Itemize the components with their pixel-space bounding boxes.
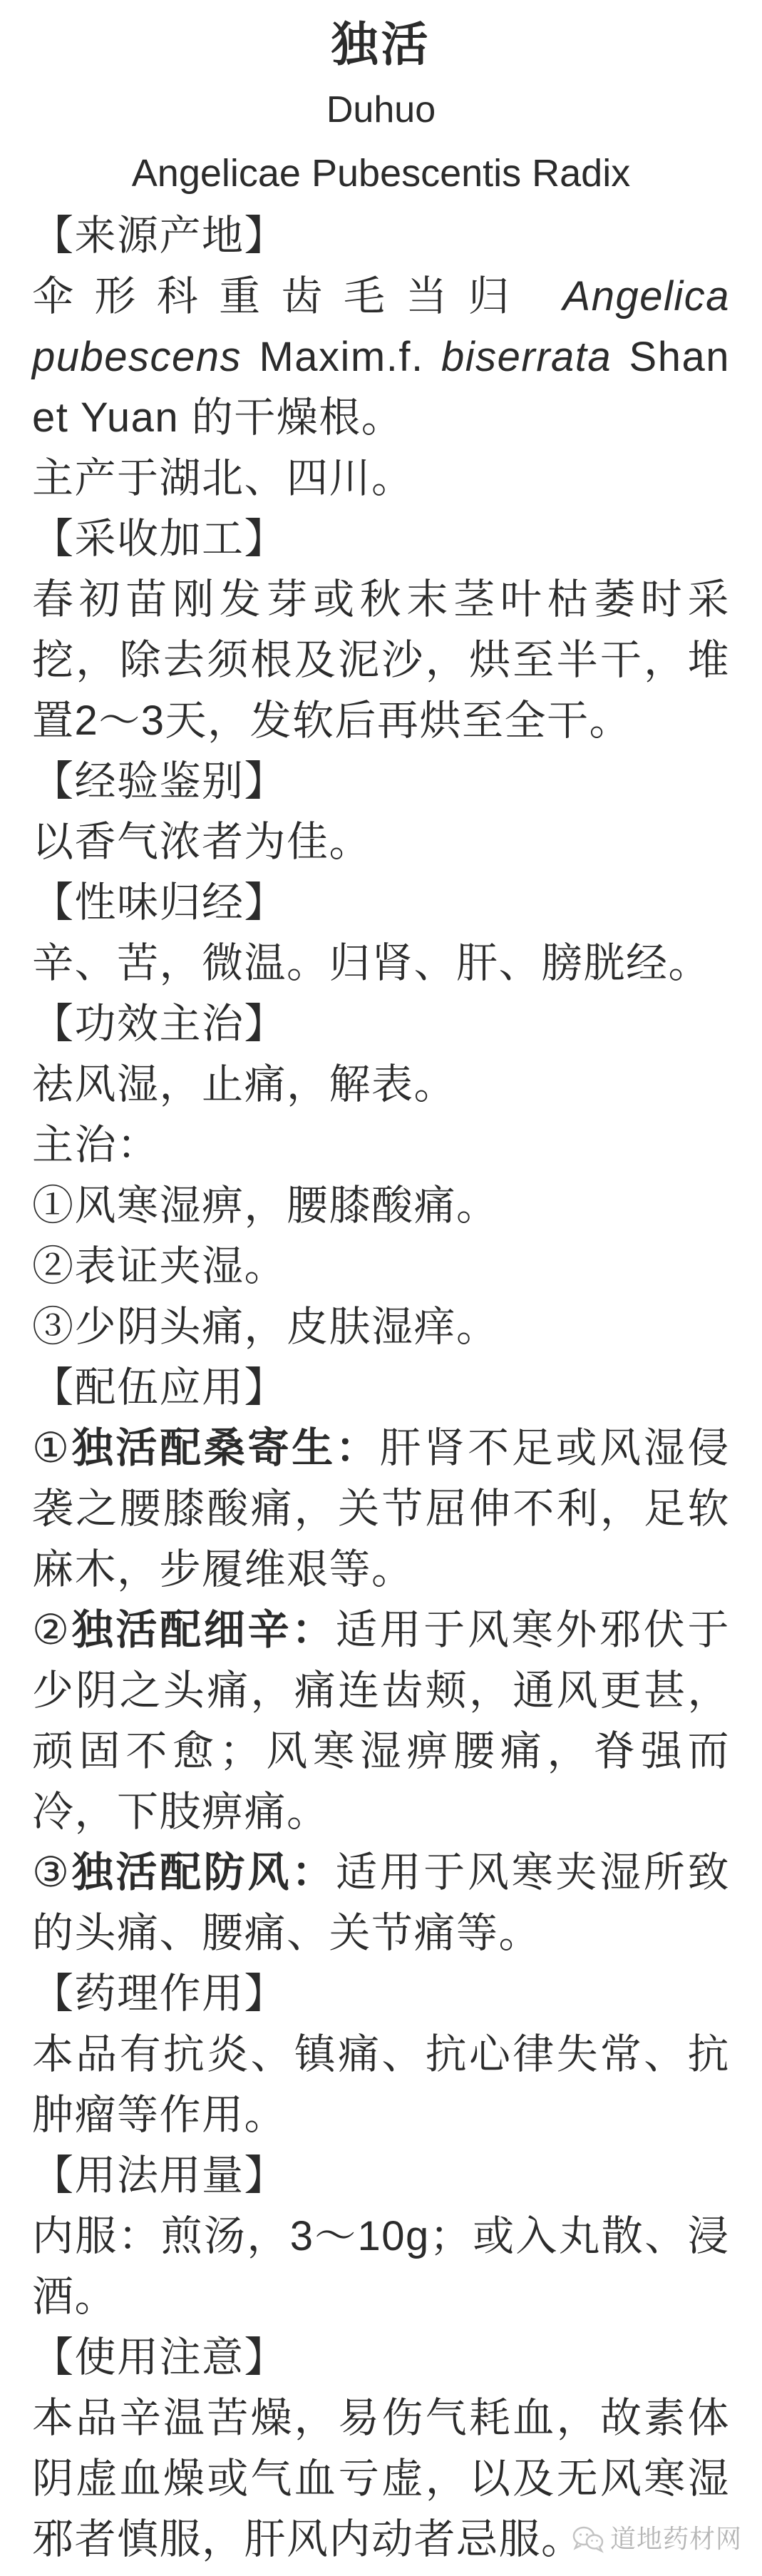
section-header: 【功效主治】 <box>32 993 730 1054</box>
bold-term-run: 独活配细辛： <box>72 1607 336 1653</box>
paragraph: 以香气浓者为佳。 <box>32 812 730 872</box>
section-header: 【用法用量】 <box>32 2145 730 2206</box>
text-run: 伞形科重齿毛当归 <box>32 273 563 320</box>
title-latin: Angelicae Pubescentis Radix <box>0 141 762 205</box>
paragraph: 本品有抗炎、镇痛、抗心律失常、抗肿瘤等作用。 <box>32 2024 730 2145</box>
wechat-bubbles-icon <box>572 2525 604 2553</box>
section-header: 【采收加工】 <box>32 508 730 569</box>
paragraph: 主治： <box>32 1115 730 1175</box>
text-run: Maxim.f. <box>242 334 441 380</box>
paragraph: 伞形科重齿毛当归 Angelica pubescens Maxim.f. bis… <box>32 266 730 448</box>
list-item: ②表证夹湿。 <box>32 1236 730 1297</box>
text-run: ① <box>32 1425 72 1471</box>
title-pinyin: Duhuo <box>0 78 762 141</box>
text-run: 主产于湖北、四川。 <box>32 455 414 501</box>
watermark: 道地药材网 <box>572 2523 742 2555</box>
text-run: ③少阴头痛，皮肤湿痒。 <box>32 1304 499 1350</box>
text-run: ② <box>32 1607 72 1653</box>
section-header: 【配伍应用】 <box>32 1357 730 1418</box>
text-run: ②表证夹湿。 <box>32 1243 287 1289</box>
text-run: 主治： <box>32 1122 160 1168</box>
text-run: 本品有抗炎、镇痛、抗心律失常、抗肿瘤等作用。 <box>32 2031 730 2138</box>
document-body: 【来源产地】 伞形科重齿毛当归 Angelica pubescens Maxim… <box>0 205 762 2570</box>
list-item: ①独活配桑寄生：肝肾不足或风湿侵袭之腰膝酸痛，关节屈伸不利，足软麻木，步履维艰等… <box>32 1418 730 1600</box>
latin-italic-run: biserrata <box>441 334 612 380</box>
list-item: ③少阴头痛，皮肤湿痒。 <box>32 1297 730 1357</box>
bold-term-run: 独活配防风： <box>72 1849 336 1896</box>
text-run: 春初苗刚发芽或秋末茎叶枯萎时采挖，除去须根及泥沙，烘至半干，堆置2～3天，发软后… <box>32 576 730 744</box>
title-block: 独活 Duhuo Angelicae Pubescentis Radix <box>0 0 762 205</box>
text-run: ③ <box>32 1849 72 1896</box>
text-run: 以香气浓者为佳。 <box>32 819 371 865</box>
page-title: 独活 <box>0 10 762 78</box>
section-header: 【使用注意】 <box>32 2327 730 2388</box>
paragraph: 主产于湖北、四川。 <box>32 448 730 508</box>
paragraph: 祛风湿，止痛，解表。 <box>32 1054 730 1115</box>
text-run: ①风寒湿痹，腰膝酸痛。 <box>32 1182 499 1229</box>
bold-term-run: 独活配桑寄生： <box>72 1425 380 1471</box>
section-header: 【药理作用】 <box>32 1963 730 2024</box>
text-run: 祛风湿，止痛，解表。 <box>32 1061 456 1108</box>
section-header: 【来源产地】 <box>32 205 730 266</box>
list-item: ①风寒湿痹，腰膝酸痛。 <box>32 1175 730 1236</box>
paragraph: 内服：煎汤，3～10g；或入丸散、浸酒。 <box>32 2206 730 2327</box>
paragraph: 辛、苦，微温。归肾、肝、膀胱经。 <box>32 933 730 993</box>
paragraph: 春初苗刚发芽或秋末茎叶枯萎时采挖，除去须根及泥沙，烘至半干，堆置2～3天，发软后… <box>32 569 730 751</box>
text-run: 内服：煎汤，3～10g；或入丸散、浸酒。 <box>32 2213 730 2320</box>
document-page: 独活 Duhuo Angelicae Pubescentis Radix 【来源… <box>0 0 762 2576</box>
text-run: 辛、苦，微温。归肾、肝、膀胱经。 <box>32 940 711 986</box>
list-item: ③独活配防风：适用于风寒夹湿所致的头痛、腰痛、关节痛等。 <box>32 1842 730 1963</box>
watermark-label: 道地药材网 <box>610 2523 742 2555</box>
section-header: 【性味归经】 <box>32 872 730 933</box>
section-header: 【经验鉴别】 <box>32 751 730 812</box>
list-item: ②独活配细辛：适用于风寒外邪伏于少阴之头痛，痛连齿颊，通风更甚，顽固不愈；风寒湿… <box>32 1600 730 1842</box>
